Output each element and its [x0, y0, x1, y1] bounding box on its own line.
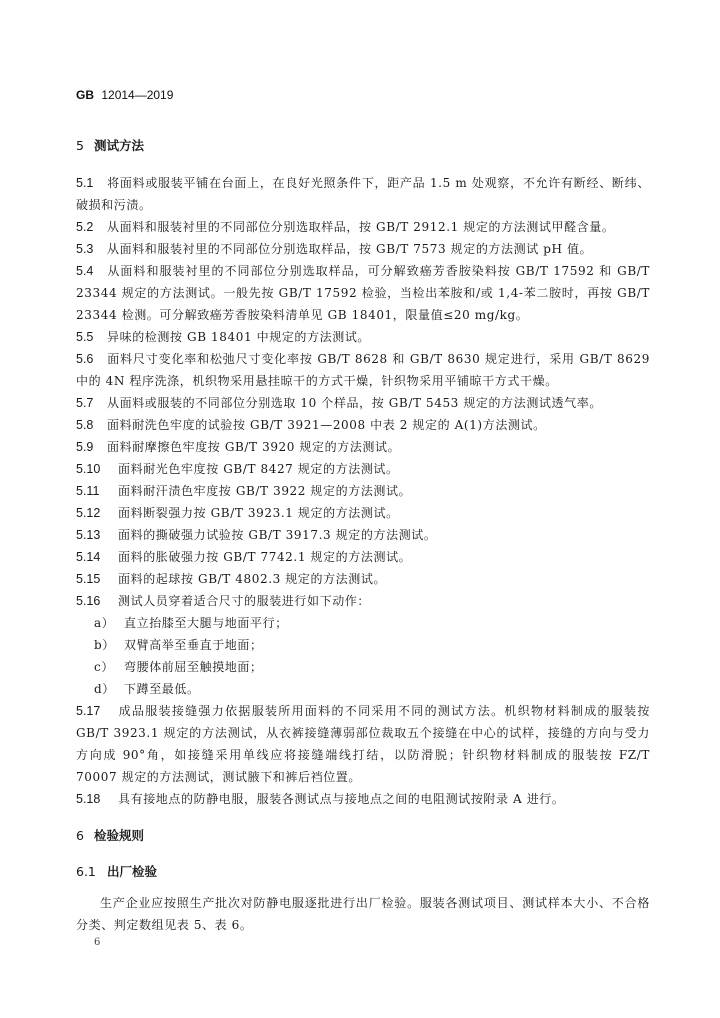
page-number: 6	[94, 937, 100, 948]
list-item-d: d）下蹲至最低。	[94, 678, 200, 700]
standard-header: GB 12014—2019	[76, 88, 173, 102]
list-item-c: c）弯腰体前屈至触摸地面；	[94, 656, 263, 678]
clause-5-1: 5.1将面料或服装平铺在台面上，在良好光照条件下，距产品 1.5 m 处观察，不…	[76, 172, 650, 216]
section-title: 检验规则	[94, 828, 144, 843]
clause-5-4: 5.4从面料和服装衬里的不同部位分别选取样品，可分解致癌芳香胺染料按 GB/T …	[76, 260, 650, 326]
clause-5-10: 5.10面料耐光色牢度按 GB/T 8427 规定的方法测试。	[76, 458, 650, 480]
subsection-heading-6-1: 6.1出厂检验	[76, 862, 157, 880]
clause-5-8: 5.8面料耐洗色牢度的试验按 GB/T 3921—2008 中表 2 规定的 A…	[76, 414, 650, 436]
list-item-b: b）双臂高举至垂直于地面；	[94, 634, 263, 656]
clause-5-9: 5.9面料耐摩擦色牢度按 GB/T 3920 规定的方法测试。	[76, 436, 650, 458]
clause-5-5: 5.5异味的检测按 GB 18401 中规定的方法测试。	[76, 326, 650, 348]
clause-5-18: 5.18具有接地点的防静电服，服装各测试点与接地点之间的电阻测试按附录 A 进行…	[76, 788, 650, 810]
clause-5-17: 5.17成品服装接缝强力依据服装所用面料的不同采用不同的测试方法。机织物材料制成…	[76, 700, 650, 788]
standard-code: GB	[76, 88, 94, 102]
clause-5-13: 5.13面料的撕破强力试验按 GB/T 3917.3 规定的方法测试。	[76, 524, 650, 546]
clause-5-15: 5.15面料的起球按 GB/T 4802.3 规定的方法测试。	[76, 568, 650, 590]
clause-5-11: 5.11面料耐汗渍色牢度按 GB/T 3922 规定的方法测试。	[76, 480, 650, 502]
clause-5-7: 5.7从面料或服装的不同部位分别选取 10 个样品，按 GB/T 5453 规定…	[76, 392, 650, 414]
section-heading-5: 5测试方法	[76, 136, 144, 154]
clause-5-12: 5.12面料断裂强力按 GB/T 3923.1 规定的方法测试。	[76, 502, 650, 524]
section-heading-6: 6检验规则	[76, 826, 144, 844]
clause-5-14: 5.14面料的胀破强力按 GB/T 7742.1 规定的方法测试。	[76, 546, 650, 568]
clause-5-3: 5.3从面料和服装衬里的不同部位分别选取样品，按 GB/T 7573 规定的方法…	[76, 238, 650, 260]
list-item-a: a）直立抬膝至大腿与地面平行；	[94, 612, 288, 634]
subsection-title: 出厂检验	[107, 864, 157, 879]
clause-5-2: 5.2从面料和服装衬里的不同部位分别选取样品，按 GB/T 2912.1 规定的…	[76, 216, 650, 238]
clause-5-6: 5.6面料尺寸变化率和松弛尺寸变化率按 GB/T 8628 和 GB/T 863…	[76, 348, 650, 392]
paragraph-6-1: 生产企业应按照生产批次对防静电服逐批进行出厂检验。服装各测试项目、测试样本大小、…	[76, 892, 650, 936]
document-page: GB 12014—2019 5测试方法 5.1将面料或服装平铺在台面上，在良好光…	[0, 0, 720, 1018]
standard-number: 12014—2019	[101, 88, 173, 102]
section-title: 测试方法	[94, 138, 144, 153]
clause-5-16: 5.16测试人员穿着适合尺寸的服装进行如下动作：	[76, 590, 650, 612]
